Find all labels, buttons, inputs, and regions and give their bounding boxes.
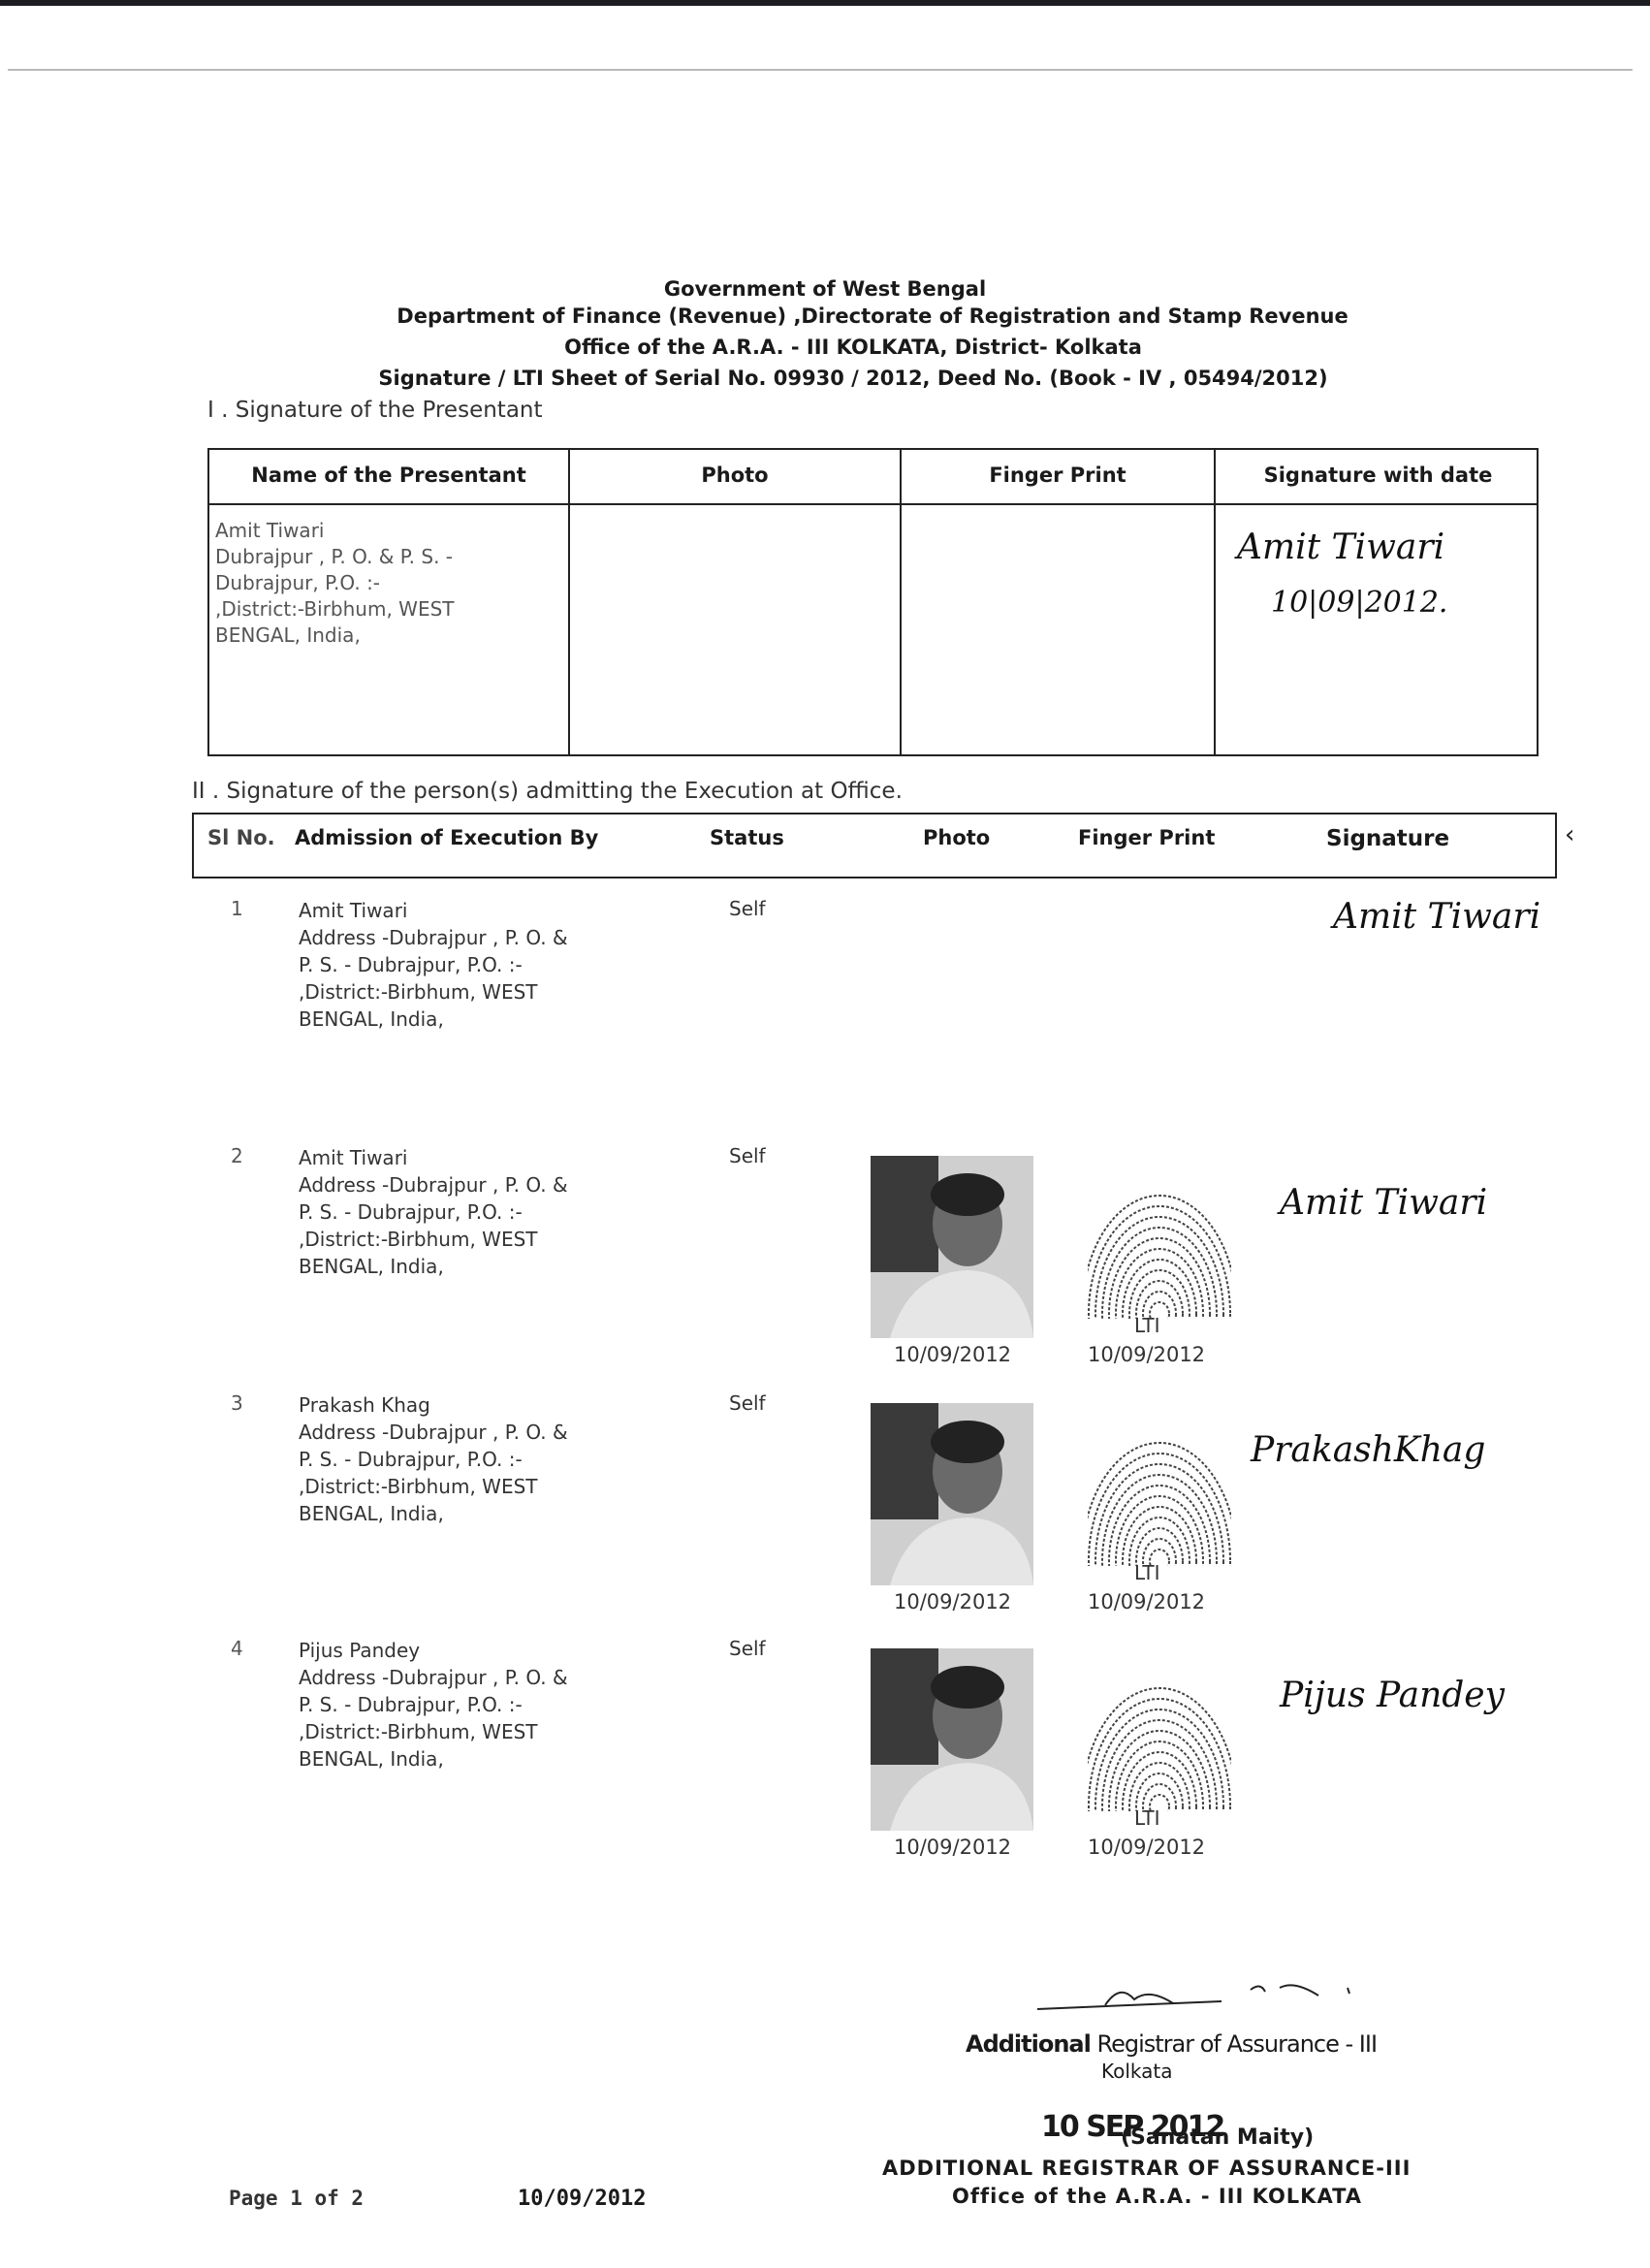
- stamp-title-bold: Additional: [966, 2030, 1091, 2058]
- presentant-address-line: BENGAL, India,: [215, 623, 455, 649]
- presentant-address-line: Dubrajpur , P. O. & P. S. -: [215, 544, 455, 570]
- registrar-stamp-title: Additional Registrar of Assurance - III: [966, 2030, 1377, 2058]
- header-government: Government of West Bengal: [0, 277, 1650, 301]
- footer-date: 10/09/2012: [518, 2187, 646, 2211]
- officer-name: (Sanatan Maity): [1121, 2125, 1314, 2150]
- row-address-line: BENGAL, India,: [299, 1006, 568, 1033]
- row-signature: Amit Tiwari: [1333, 897, 1540, 937]
- row-person: Pijus Pandey Address -Dubrajpur , P. O. …: [299, 1637, 568, 1773]
- presentant-signature: Amit Tiwari: [1237, 527, 1444, 567]
- col-header-finger-print: Finger Print: [902, 463, 1214, 487]
- table-row: 4 Pijus Pandey Address -Dubrajpur , P. O…: [0, 1637, 1650, 1879]
- photo-date: 10/09/2012: [894, 1590, 1011, 1613]
- row-address-line: Address -Dubrajpur , P. O. &: [299, 1171, 568, 1198]
- lti-date: 10/09/2012: [1088, 1836, 1205, 1859]
- col-header-admission: Admission of Execution By: [295, 826, 598, 849]
- row-sl-no: 1: [231, 897, 243, 920]
- row-person: Prakash Khag Address -Dubrajpur , P. O. …: [299, 1391, 568, 1527]
- row-person: Amit Tiwari Address -Dubrajpur , P. O. &…: [299, 1144, 568, 1280]
- presentant-details: Amit Tiwari Dubrajpur , P. O. & P. S. - …: [215, 518, 455, 649]
- row-signature: Amit Tiwari: [1280, 1183, 1487, 1223]
- row-address-line: ,District:-Birbhum, WEST: [299, 1226, 568, 1253]
- officer-designation: ADDITIONAL REGISTRAR OF ASSURANCE-III: [882, 2156, 1411, 2180]
- row-sl-no: 2: [231, 1144, 243, 1167]
- row-address-line: Address -Dubrajpur , P. O. &: [299, 1664, 568, 1691]
- row-signature: Pijus Pandey: [1280, 1676, 1505, 1715]
- header-office: Office of the A.R.A. - III KOLKATA, Dist…: [126, 335, 1580, 359]
- row-address-line: P. S. - Dubrajpur, P.O. :-: [299, 951, 568, 978]
- row-person: Amit Tiwari Address -Dubrajpur , P. O. &…: [299, 897, 568, 1033]
- row-address-line: P. S. - Dubrajpur, P.O. :-: [299, 1446, 568, 1473]
- stamp-title-rest: Registrar of Assurance - III: [1091, 2030, 1377, 2058]
- row-address-line: Address -Dubrajpur , P. O. &: [299, 924, 568, 951]
- col-header-status: Status: [710, 826, 784, 849]
- section-presentant-title: I . Signature of the Presentant: [207, 398, 543, 423]
- row-address-line: BENGAL, India,: [299, 1253, 568, 1280]
- row-status: Self: [729, 1144, 766, 1167]
- presentant-address-line: Dubrajpur, P.O. :-: [215, 570, 455, 596]
- registrar-stamp-city: Kolkata: [1101, 2060, 1173, 2083]
- col-header-signature: Signature: [1326, 826, 1449, 851]
- lti-date: 10/09/2012: [1088, 1343, 1205, 1366]
- col-header-name: Name of the Presentant: [209, 463, 568, 487]
- row-sl-no: 4: [231, 1637, 243, 1660]
- photo-date: 10/09/2012: [894, 1343, 1011, 1366]
- row-sl-no: 3: [231, 1391, 243, 1415]
- presentant-signature-date: 10|09|2012.: [1271, 586, 1447, 620]
- row-person-name: Pijus Pandey: [299, 1637, 568, 1664]
- presentant-address-line: ,District:-Birbhum, WEST: [215, 596, 455, 623]
- col-header-photo: Photo: [570, 463, 900, 487]
- header-department: Department of Finance (Revenue) ,Directo…: [145, 304, 1600, 328]
- scan-edge: [0, 0, 1650, 6]
- lti-label: LTI: [1134, 1561, 1160, 1584]
- execution-table-header: Sl No. Admission of Execution By Status …: [192, 813, 1557, 878]
- divider: [900, 450, 902, 754]
- person-photo: [871, 1403, 1033, 1585]
- divider: [568, 450, 570, 754]
- col-header-sl: Sl No.: [207, 826, 275, 849]
- table-row: 2 Amit Tiwari Address -Dubrajpur , P. O.…: [0, 1144, 1650, 1387]
- table-row: 3 Prakash Khag Address -Dubrajpur , P. O…: [0, 1391, 1650, 1634]
- header-serial-deed: Signature / LTI Sheet of Serial No. 0993…: [126, 367, 1580, 390]
- fingerprint-image: [1088, 1183, 1231, 1319]
- row-address-line: Address -Dubrajpur , P. O. &: [299, 1419, 568, 1446]
- person-photo: [871, 1648, 1033, 1831]
- fingerprint-image: [1088, 1430, 1231, 1566]
- col-header-photo: Photo: [923, 826, 990, 849]
- row-address-line: ,District:-Birbhum, WEST: [299, 1473, 568, 1500]
- photo-date: 10/09/2012: [894, 1836, 1011, 1859]
- lti-label: LTI: [1134, 1806, 1160, 1830]
- person-photo: [871, 1156, 1033, 1338]
- table-row: 1 Amit Tiwari Address -Dubrajpur , P. O.…: [0, 897, 1650, 1139]
- fingerprint-image: [1088, 1676, 1231, 1811]
- row-status: Self: [729, 1637, 766, 1660]
- section-execution-title: II . Signature of the person(s) admittin…: [192, 779, 903, 804]
- row-address-line: BENGAL, India,: [299, 1745, 568, 1773]
- row-address-line: P. S. - Dubrajpur, P.O. :-: [299, 1691, 568, 1718]
- col-header-finger-print: Finger Print: [1078, 826, 1215, 849]
- row-status: Self: [729, 897, 766, 920]
- page-number: Page 1 of 2: [229, 2187, 364, 2210]
- row-address-line: ,District:-Birbhum, WEST: [299, 1718, 568, 1745]
- presentant-table: Name of the Presentant Photo Finger Prin…: [207, 448, 1539, 756]
- row-signature: PrakashKhag: [1251, 1430, 1485, 1470]
- registrar-signature: [1028, 1978, 1415, 2027]
- lti-label: LTI: [1134, 1314, 1160, 1337]
- divider: [209, 503, 1537, 505]
- lti-date: 10/09/2012: [1088, 1590, 1205, 1613]
- row-address-line: P. S. - Dubrajpur, P.O. :-: [299, 1198, 568, 1226]
- row-person-name: Amit Tiwari: [299, 897, 568, 924]
- row-person-name: Amit Tiwari: [299, 1144, 568, 1171]
- col-header-signature-date: Signature with date: [1216, 463, 1540, 487]
- row-address-line: ,District:-Birbhum, WEST: [299, 978, 568, 1006]
- presentant-name: Amit Tiwari: [215, 518, 455, 544]
- scan-artifact-line: [8, 69, 1633, 71]
- row-address-line: BENGAL, India,: [299, 1500, 568, 1527]
- check-mark: ‹: [1565, 820, 1574, 849]
- officer-office: Office of the A.R.A. - III KOLKATA: [952, 2185, 1362, 2208]
- row-person-name: Prakash Khag: [299, 1391, 568, 1419]
- row-status: Self: [729, 1391, 766, 1415]
- divider: [1214, 450, 1216, 754]
